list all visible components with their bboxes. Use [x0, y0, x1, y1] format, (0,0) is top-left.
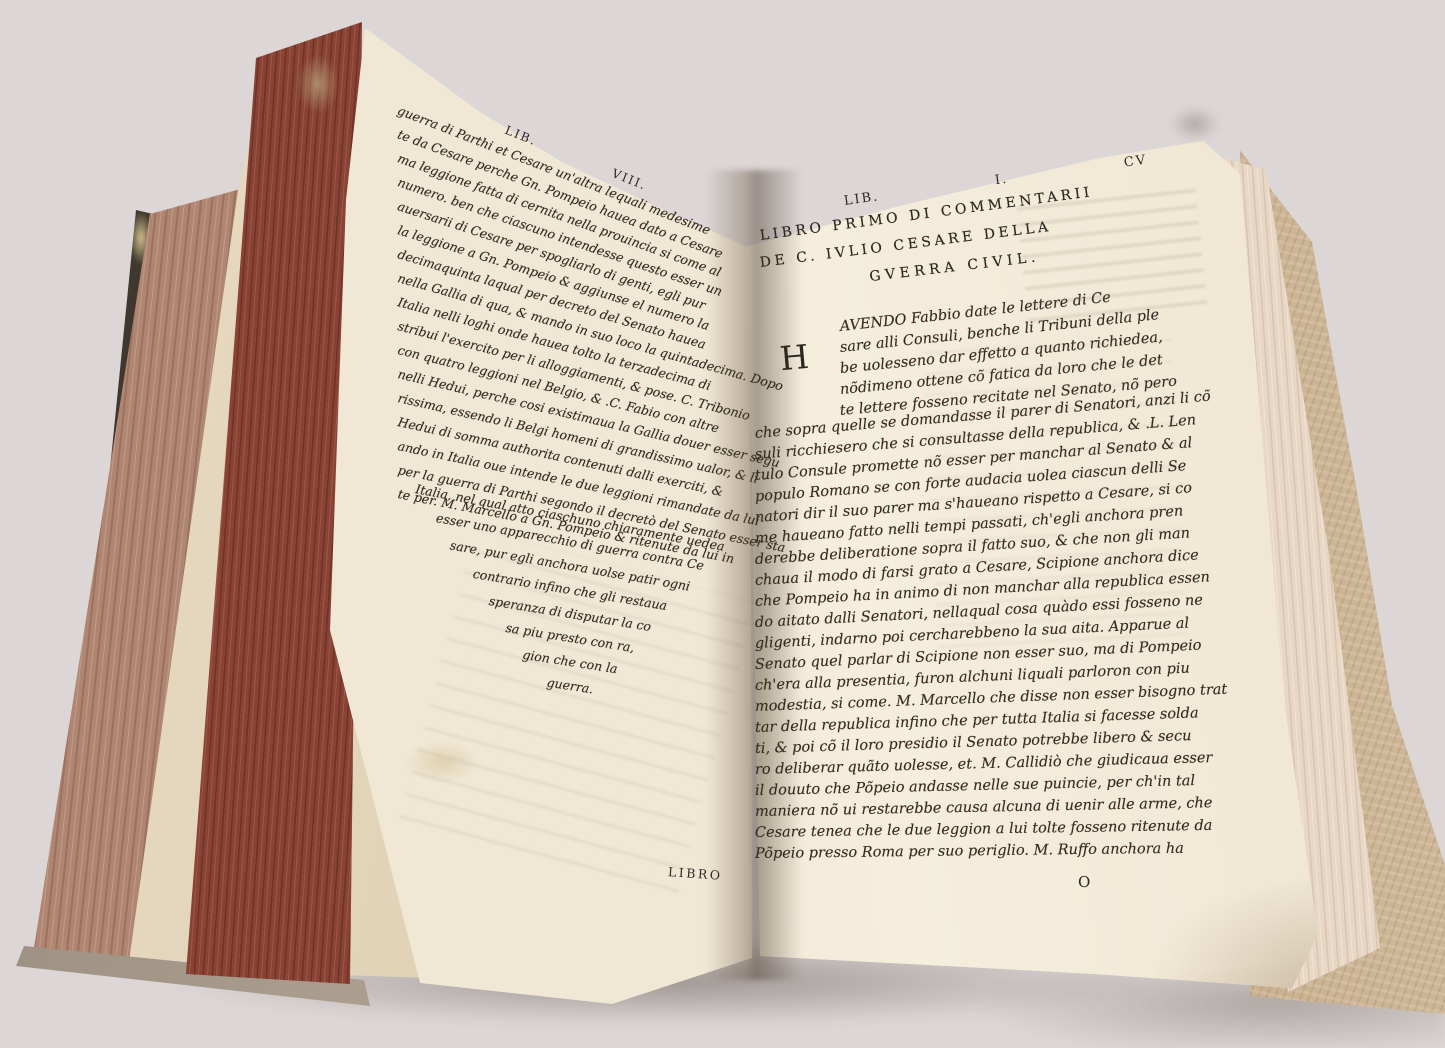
right-running-head-book: LIB. [843, 189, 880, 209]
signature-mark: O [1078, 873, 1098, 891]
right-running-head-chapter: I. [994, 172, 1009, 189]
paper-stain [392, 734, 492, 790]
left-page-text: LIB. VIII. guerra di Parthi et Cesare un… [398, 74, 762, 698]
drop-cap-initial: H [779, 340, 811, 375]
page-corner-shadow [1160, 100, 1230, 148]
right-page-text: LIB. I. CV LIBRO PRIMO DI COMMENTARII DE… [748, 160, 1194, 891]
right-page-line: Põpeio presso Roma per suo periglio. M. … [755, 839, 1194, 865]
book-photo: LIB. VIII. guerra di Parthi et Cesare un… [0, 0, 1445, 1048]
body-paragraph: che sopra quelle se domandasse il parer … [755, 424, 1194, 865]
right-page-number: CV [1123, 153, 1148, 171]
